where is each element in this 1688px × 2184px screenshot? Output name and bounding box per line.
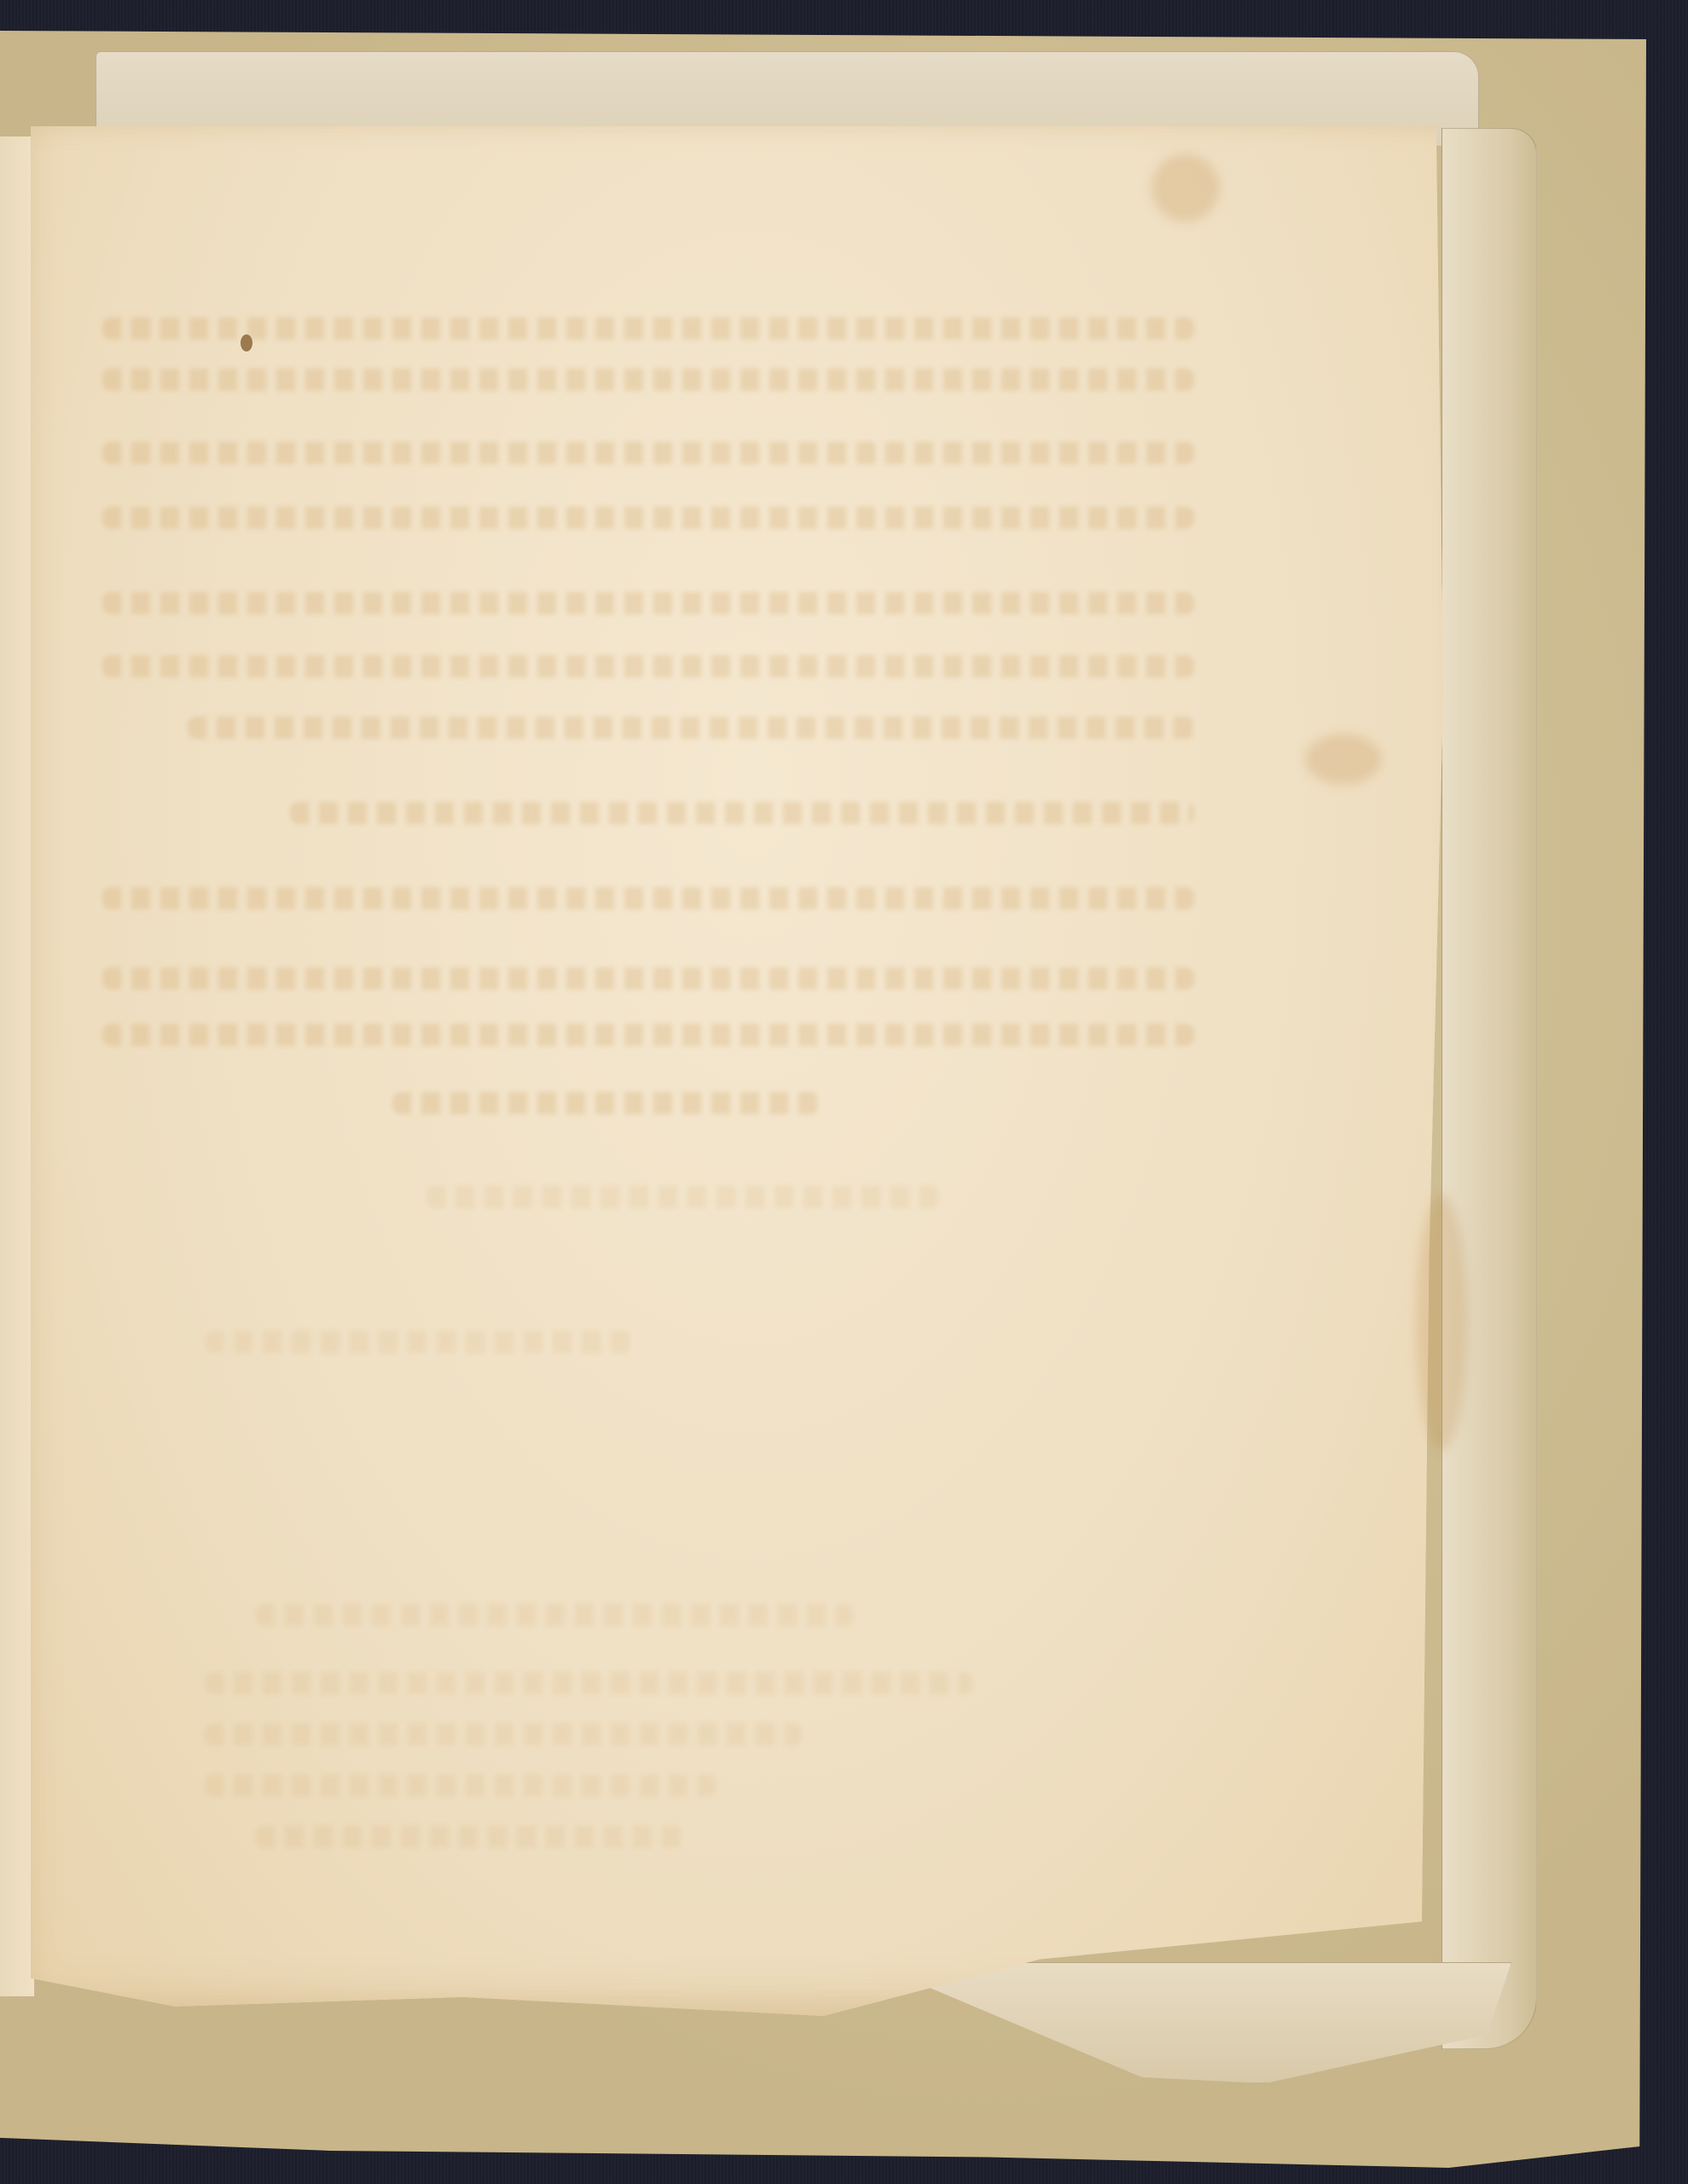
bleed-line bbox=[256, 1826, 682, 1848]
bleed-line bbox=[256, 1604, 853, 1626]
bleed-line bbox=[205, 1672, 972, 1694]
bleed-line bbox=[102, 655, 1194, 677]
bleed-line bbox=[102, 507, 1194, 529]
bleed-line bbox=[102, 369, 1194, 391]
bleed-line bbox=[102, 1024, 1194, 1046]
facing-page-edge bbox=[0, 136, 35, 1996]
bleed-line bbox=[290, 802, 1194, 824]
bleed-line bbox=[426, 1186, 938, 1208]
bleed-line bbox=[102, 317, 1194, 340]
bleed-line bbox=[102, 592, 1194, 614]
bleed-line bbox=[205, 1723, 802, 1745]
bleed-line bbox=[102, 887, 1194, 909]
bleed-line bbox=[205, 1774, 716, 1797]
bleed-line bbox=[102, 967, 1194, 990]
bleed-line bbox=[188, 717, 1194, 739]
bleed-line bbox=[205, 1331, 631, 1353]
bleed-line bbox=[392, 1092, 819, 1114]
edge-foxing-stain bbox=[1416, 1194, 1467, 1450]
underlying-sheet-right-edge bbox=[1441, 128, 1537, 2049]
foxing-stain bbox=[1151, 154, 1220, 222]
ink-spot bbox=[241, 334, 252, 351]
margin-stain bbox=[1305, 734, 1382, 785]
bleed-line bbox=[102, 442, 1194, 464]
